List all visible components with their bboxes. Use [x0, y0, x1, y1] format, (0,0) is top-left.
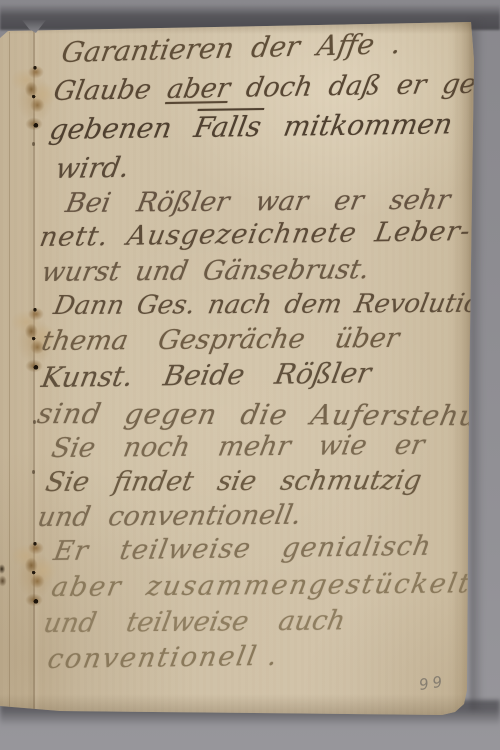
underlined-word: aber — [165, 73, 233, 105]
handwriting-line-7: wurst und Gänsebrust. — [39, 254, 372, 288]
handwriting-line-4: wird. — [53, 151, 132, 185]
handwriting-line-14: und conventionell. — [35, 500, 304, 533]
handwriting-line-13: Sie findet sie schmutzig — [43, 465, 424, 498]
manuscript-scan: Garantieren der Affe . Glaube aber doch … — [0, 0, 500, 750]
overlined-word: Falls — [192, 110, 264, 144]
pencil-page-number: 99 — [418, 672, 448, 694]
handwriting-line-17: und teilweise auch — [41, 605, 348, 639]
handwriting-line-10: Kunst. Beide Rößler — [39, 356, 374, 394]
handwriting-line-2: Glaube aber doch daß er ge- — [51, 68, 487, 107]
handwriting-line-8: Dann Ges. nach dem Revolutions- — [51, 289, 500, 321]
handwriting-line-5: Bei Rößler war er sehr — [63, 185, 453, 219]
binding-stitch-hole — [32, 142, 35, 146]
handwriting-line-18: conventionell . — [45, 641, 282, 675]
handwriting-line-11: sind gegen die Auferstehung — [35, 397, 500, 432]
handwriting-line-6: nett. Ausgezeichnete Leber- — [37, 216, 473, 253]
handwriting-line-9: thema Gespräche über — [39, 323, 402, 357]
notebook-page: Garantieren der Affe . Glaube aber doch … — [0, 0, 500, 750]
facing-page-edge-line — [9, 32, 10, 708]
handwriting-line-1: Garantieren der Affe . — [59, 27, 403, 69]
ink-blot-left-edge — [0, 560, 9, 590]
handwriting-line-3: gebenen Falls mitkommen — [47, 107, 455, 146]
handwriting-line-15: Er teilweise genialisch — [51, 531, 434, 567]
handwriting-line-16: aber zusammengestückelt — [49, 568, 474, 603]
binding-stitch-hole — [32, 470, 35, 474]
handwriting-line-12: Sie noch mehr wie er — [49, 430, 427, 464]
